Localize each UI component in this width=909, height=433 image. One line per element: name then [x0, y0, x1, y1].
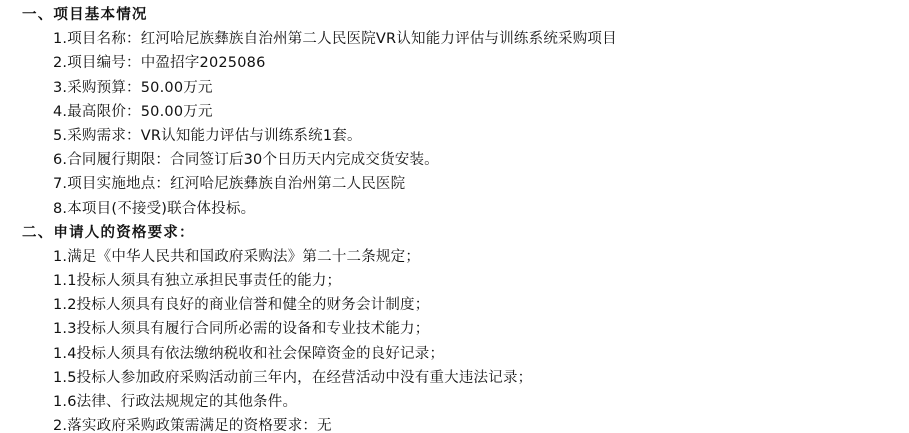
qualification-item: 1.1投标人须具有独立承担民事责任的能力； — [0, 269, 909, 293]
qualification-item: 1.5投标人参加政府采购活动前三年内，在经营活动中没有重大违法记录； — [0, 366, 909, 390]
qualification-item: 1.满足《中华人民共和国政府采购法》第二十二条规定； — [0, 245, 909, 269]
maximum-price: 4.最高限价：50.00万元 — [0, 100, 909, 124]
project-name: 1.项目名称：红河哈尼族彝族自治州第二人民医院VR认知能力评估与训练系统采购项目 — [0, 27, 909, 51]
procurement-requirement: 5.采购需求：VR认知能力评估与训练系统1套。 — [0, 124, 909, 148]
section-heading-project-info: 一、项目基本情况 — [0, 3, 909, 27]
section-heading-qualifications: 二、申请人的资格要求： — [0, 221, 909, 245]
announcement-document: 一、项目基本情况 1.项目名称：红河哈尼族彝族自治州第二人民医院VR认知能力评估… — [0, 3, 909, 433]
qualification-item: 1.4投标人须具有依法缴纳税收和社会保障资金的良好记录； — [0, 342, 909, 366]
qualification-item: 1.3投标人须具有履行合同所必需的设备和专业技术能力； — [0, 317, 909, 341]
qualification-item: 1.6法律、行政法规规定的其他条件。 — [0, 390, 909, 414]
project-number: 2.项目编号：中盈招字2025086 — [0, 51, 909, 75]
consortium-bidding: 8.本项目(不接受)联合体投标。 — [0, 197, 909, 221]
contract-period: 6.合同履行期限：合同签订后30个日历天内完成交货安装。 — [0, 148, 909, 172]
qualification-item: 1.2投标人须具有良好的商业信誉和健全的财务会计制度； — [0, 293, 909, 317]
implementation-location: 7.项目实施地点：红河哈尼族彝族自治州第二人民医院 — [0, 172, 909, 196]
qualification-item: 2.落实政府采购政策需满足的资格要求：无 — [0, 414, 909, 433]
procurement-budget: 3.采购预算：50.00万元 — [0, 76, 909, 100]
